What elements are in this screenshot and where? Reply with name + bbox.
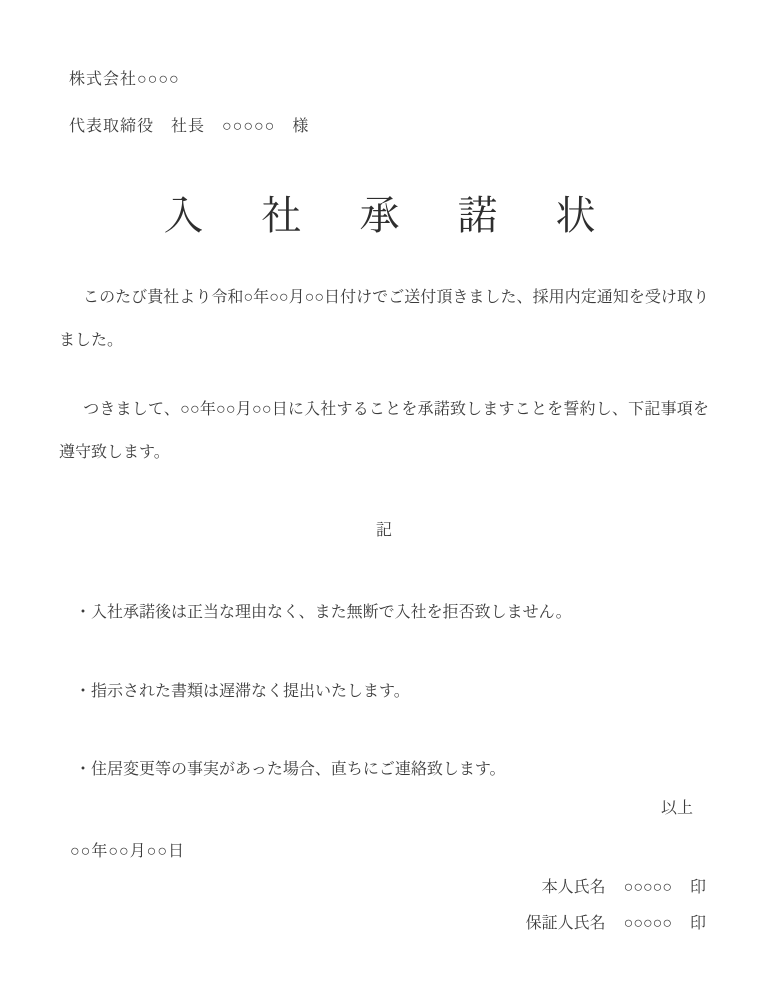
condition-item: ・入社承諾後は正当な理由なく、また無断で入社を拒否致しません。 [75, 599, 572, 622]
guarantor-label: 保証人氏名 [526, 915, 606, 932]
record-marker: 記 [0, 517, 768, 540]
guarantor-name: ○○○○○ [624, 915, 672, 932]
document-title: 入 社 承 諾 状 [0, 184, 768, 241]
seal-mark: 印 [690, 915, 706, 932]
condition-item: ・指示された書類は遅滞なく提出いたします。 [75, 678, 410, 701]
signer-label: 本人氏名 [542, 879, 606, 896]
seal-mark: 印 [690, 879, 706, 896]
recipient-person-line: 代表取締役 社長 ○○○○○ 様 [69, 113, 309, 136]
paragraph-acceptance: つきまして、○○年○○月○○日に入社することを承諾致しますことを誓約し、下記事項… [59, 388, 709, 474]
closing-marker: 以上 [661, 795, 693, 818]
signer-name: ○○○○○ [624, 879, 672, 896]
document-page: 株式会社○○○○ 代表取締役 社長 ○○○○○ 様 入 社 承 諾 状 このたび… [0, 0, 768, 996]
signature-line-self: 本人氏名○○○○○印 [542, 874, 706, 897]
signature-line-guarantor: 保証人氏名○○○○○印 [526, 910, 706, 933]
recipient-company-line: 株式会社○○○○ [69, 66, 180, 89]
date-line: ○○年○○月○○日 [70, 838, 185, 861]
condition-item: ・住居変更等の事実があった場合、直ちにご連絡致します。 [75, 756, 506, 779]
paragraph-greeting: このたび貴社より令和○年○○月○○日付けでご送付頂きました、採用内定通知を受け取… [59, 276, 709, 362]
